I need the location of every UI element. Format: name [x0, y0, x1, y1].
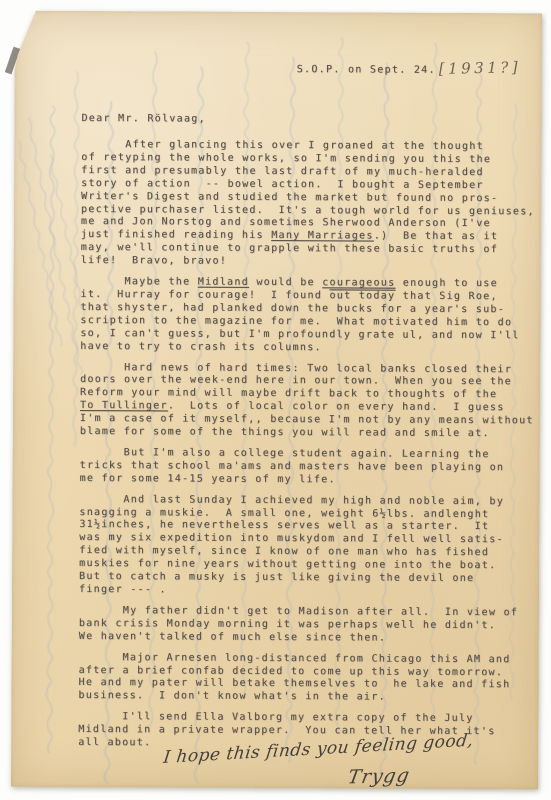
- emphasized-text: Many Marriages: [271, 230, 374, 242]
- emphasized-text: courageous: [322, 277, 395, 288]
- emphasized-text: To Tullinger: [80, 400, 168, 411]
- bleedthrough-stroke: [73, 71, 80, 447]
- typed-line: We haven't talked of much else since the…: [79, 631, 547, 646]
- signature: Trygg: [346, 765, 412, 789]
- paragraph: After glancing this over I groaned at th…: [81, 139, 550, 271]
- letter-paper: S.O.P. on Sept. 24. [1931?] Dear Mr. Röl…: [11, 11, 542, 790]
- typed-line: life! Bravo, bravo!: [81, 255, 549, 270]
- emphasized-text: out today: [329, 290, 395, 301]
- typed-line: me for some 14-15 years of my life.: [80, 473, 548, 488]
- paragraph: Major Arnesen long-distanced from Chicag…: [78, 652, 546, 706]
- paragraph: Hard news of hard times: Two local banks…: [80, 361, 548, 441]
- paragraph: And last Sunday I achieved my high and n…: [79, 494, 548, 600]
- typed-date: S.O.P. on Sept. 24.: [297, 64, 436, 78]
- typed-line: blame for some of the things you will re…: [80, 426, 548, 441]
- emphasized-text: Midland: [198, 277, 249, 288]
- typed-line: finger --- .: [79, 584, 547, 599]
- typed-line: business. I don't know what's in the air…: [78, 690, 546, 705]
- paragraph: But I'm also a college student again. Le…: [80, 447, 548, 488]
- year-annotation: [1931?]: [439, 58, 522, 78]
- paper-shadow-wrap: S.O.P. on Sept. 24. [1931?] Dear Mr. Röl…: [0, 0, 551, 800]
- bleedthrough-stroke: [46, 106, 55, 754]
- typed-line: have to try to crash its columns.: [80, 341, 548, 356]
- scanned-letter: S.O.P. on Sept. 24. [1931?] Dear Mr. Röl…: [0, 0, 551, 800]
- letter-body: After glancing this over I groaned at th…: [78, 139, 549, 760]
- paragraph: Maybe the Midland would be courageous en…: [80, 276, 548, 356]
- salutation: Dear Mr. Rölvaag,: [81, 113, 206, 127]
- paragraph: My father didn't get to Madison after al…: [79, 605, 547, 646]
